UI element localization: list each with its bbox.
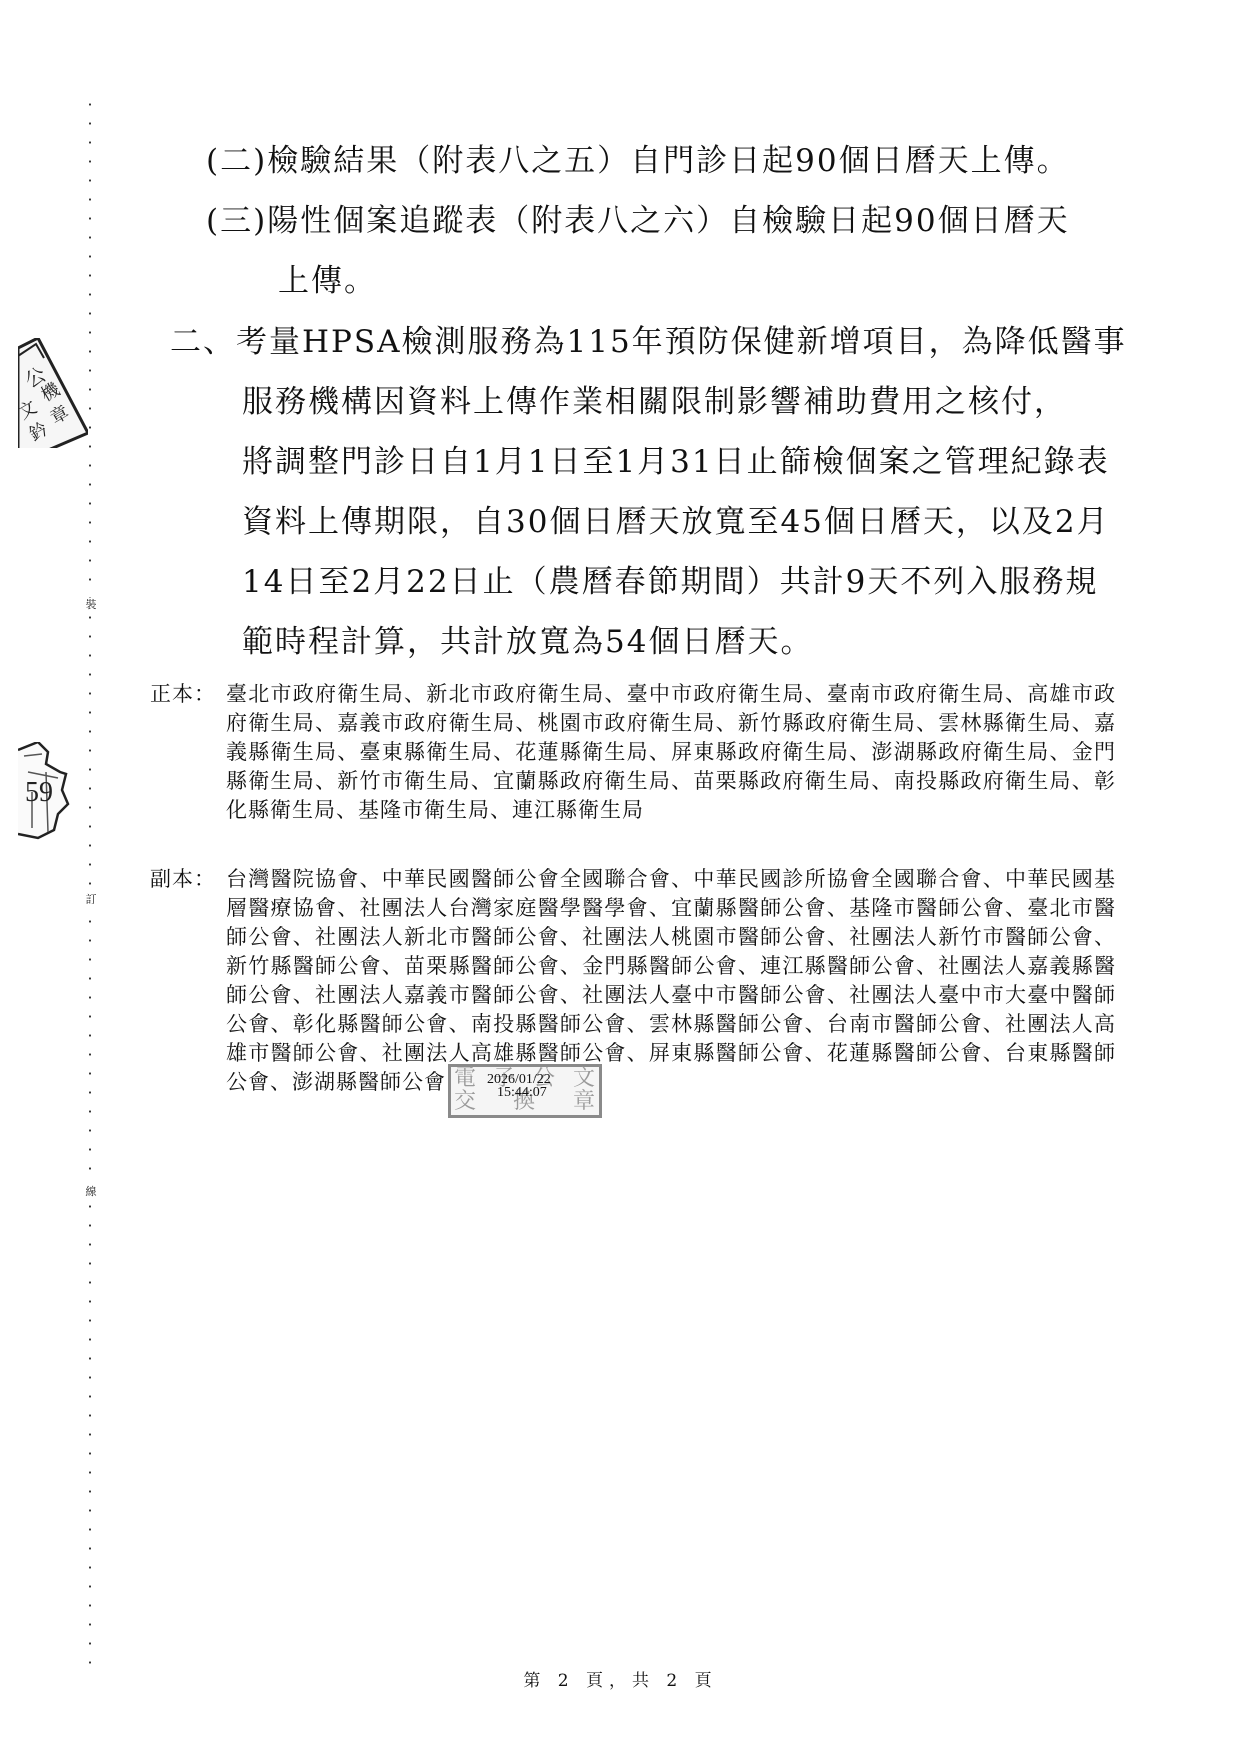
section-2-line: 服務機構因資料上傳作業相關限制影響補助費用之核付， <box>170 372 1127 432</box>
item-2-text: (二)檢驗結果（附表八之五）自門診日起90個日曆天上傳。 <box>206 131 1070 191</box>
stamp-char: 章 <box>573 1091 596 1113</box>
section-2-line: 資料上傳期限，自30個日曆天放寬至45個日曆天，以及2月 <box>170 492 1127 552</box>
section-2-line: 將調整門診日自1月1日至1月31日止篩檢個案之管理紀錄表 <box>170 432 1127 492</box>
binding-label-ding: 訂 <box>84 893 98 907</box>
copy-recipients-block: 台灣醫院協會、中華民國醫師公會全國聯合會、中華民國診所協會全國聯合會、中華民國基… <box>226 865 1116 1118</box>
stamp-char: 交 <box>454 1091 477 1113</box>
official-seal-stamp: 公 機 章 文 鈐 <box>18 338 88 448</box>
copy-recipients-list: 台灣醫院協會、中華民國醫師公會全國聯合會、中華民國診所協會全國聯合會、中華民國基… <box>226 867 1116 1094</box>
page-footer: 第 2 頁，共 2 頁 <box>0 1666 1241 1691</box>
electronic-exchange-stamp: 電 子 公 文 交 換 章 2026/01/22 15:44:07 <box>448 1064 602 1118</box>
original-recipients-list: 臺北市政府衛生局、新北市政府衛生局、臺中市政府衛生局、臺南市政府衛生局、高雄市政… <box>226 680 1116 825</box>
binding-label-zhuang: 裝 <box>84 598 98 612</box>
binding-label-xian: 線 <box>84 1185 98 1199</box>
item-3-line1: (三)陽性個案追蹤表（附表八之六）自檢驗日起90個日曆天 <box>206 191 1070 251</box>
section-2-prefix: 二、 <box>170 324 236 360</box>
stamp-char: 電 <box>454 1068 477 1090</box>
section-2-line: 14日至2月22日止（農曆春節期間）共計9天不列入服務規 <box>170 552 1127 612</box>
stamp-char: 文 <box>573 1068 596 1090</box>
section-2-line: 考量HPSA檢測服務為115年預防保健新增項目，為降低醫事 <box>236 324 1127 360</box>
page-seal-stamp: 59 <box>18 742 78 842</box>
seal-icon: 公 機 章 文 鈐 <box>18 338 88 448</box>
stamp-time: 15:44:07 <box>497 1086 547 1100</box>
binding-dotted-line <box>88 95 92 1675</box>
section-2: 二、考量HPSA檢測服務為115年預防保健新增項目，為降低醫事 服務機構因資料上… <box>170 312 1127 672</box>
section-2-line: 範時程計算，共計放寬為54個日曆天。 <box>170 612 1127 672</box>
copy-label: 副本： <box>150 865 216 894</box>
seal-page-number: 59 <box>25 777 53 809</box>
item-3-line2: 上傳。 <box>278 251 377 311</box>
original-label: 正本： <box>150 680 216 709</box>
